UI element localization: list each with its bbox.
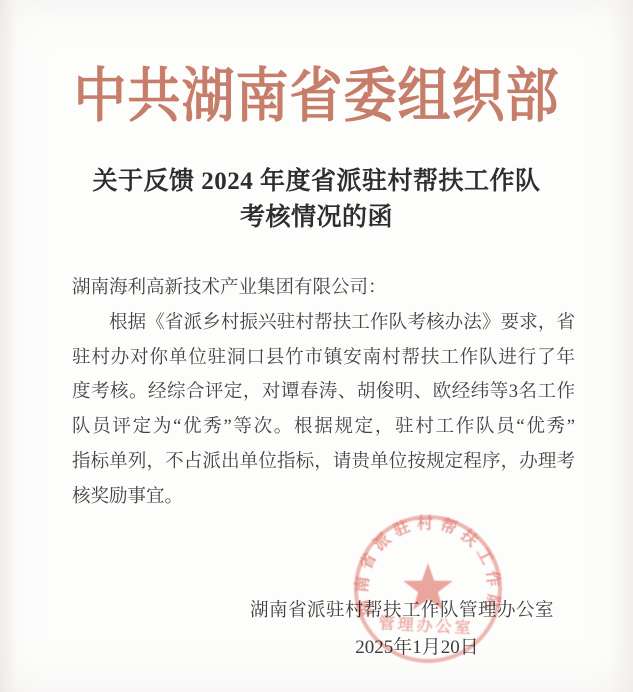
document-title-line2: 考核情况的函: [0, 200, 633, 236]
letterhead-org-name: 中共湖南省委组织部: [0, 49, 633, 134]
signature-date: 2025年1月20日: [352, 632, 482, 659]
letter-body: 湖南海利高新技术产业集团有限公司： 根据《省派乡村振兴驻村帮扶工作队考核办法》要…: [72, 271, 575, 515]
salutation-line: 湖南海利高新技术产业集团有限公司：: [72, 271, 575, 306]
document-title: 关于反馈 2024 年度省派驻村帮扶工作队 考核情况的函: [0, 164, 633, 236]
body-line: 队员评定为“优秀”等次。根据规定，驻村工作队员“优秀”: [72, 410, 575, 445]
body-line: 指标单列，不占派出单位指标，请贵单位按规定程序，办理考: [72, 445, 575, 480]
signature-office-name: 湖南省派驻村帮扶工作队管理办公室: [250, 596, 554, 622]
body-line: 核奖励事宜。: [72, 480, 575, 515]
document-title-line1: 关于反馈 2024 年度省派驻村帮扶工作队: [0, 164, 633, 200]
body-line: 度考核。经综合评定，对谭春涛、胡俊明、欧经纬等3名工作: [72, 375, 575, 410]
body-line: 驻村办对你单位驻洞口县竹市镇安南村帮扶工作队进行了年: [72, 341, 575, 376]
body-line: 根据《省派乡村振兴驻村帮扶工作队考核办法》要求，省: [72, 306, 575, 341]
official-letter-page: 中共湖南省委组织部 关于反馈 2024 年度省派驻村帮扶工作队 考核情况的函 湖…: [0, 0, 633, 692]
